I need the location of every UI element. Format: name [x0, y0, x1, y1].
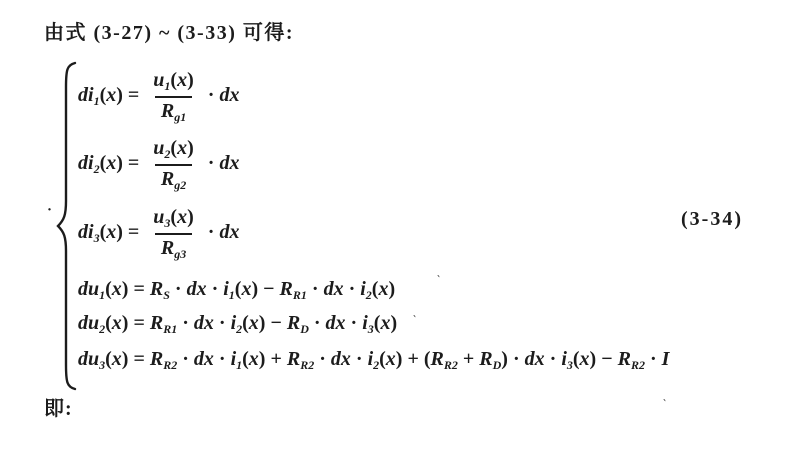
- stray-ink-dot: ·: [47, 202, 52, 219]
- equation-line-di1: di1(x) = u1(x)Rg1 · dx: [78, 60, 239, 134]
- equation-line-du2: du2(x) = RR1 · dx · i2(x) − RD · dx · i3…: [78, 309, 397, 339]
- equation-line-du3: du3(x) = RR2 · dx · i1(x) + RR2 · dx · i…: [78, 344, 669, 376]
- equation-line-di2: di2(x) = u2(x)Rg2 · dx: [78, 132, 239, 198]
- then-text: 即:: [44, 392, 73, 421]
- system-left-brace-icon: [56, 60, 78, 392]
- fraction: u2(x)Rg2: [147, 138, 199, 191]
- equation-line-di3: di3(x) = u3(x)Rg3 · dx: [78, 200, 239, 268]
- fraction: u1(x)Rg1: [147, 70, 199, 123]
- equation-number: (3-34): [681, 208, 743, 231]
- equation-system: di1(x) = u1(x)Rg1 · dxdi2(x) = u2(x)Rg2 …: [78, 0, 718, 457]
- fraction: u3(x)Rg3: [147, 207, 199, 260]
- equation-line-du1: du1(x) = RS · dx · i1(x) − RR1 · dx · i2…: [78, 275, 395, 305]
- scanned-textbook-page: 由式 (3-27) ~ (3-33) 可得: · di1(x) = u1(x)R…: [0, 0, 790, 457]
